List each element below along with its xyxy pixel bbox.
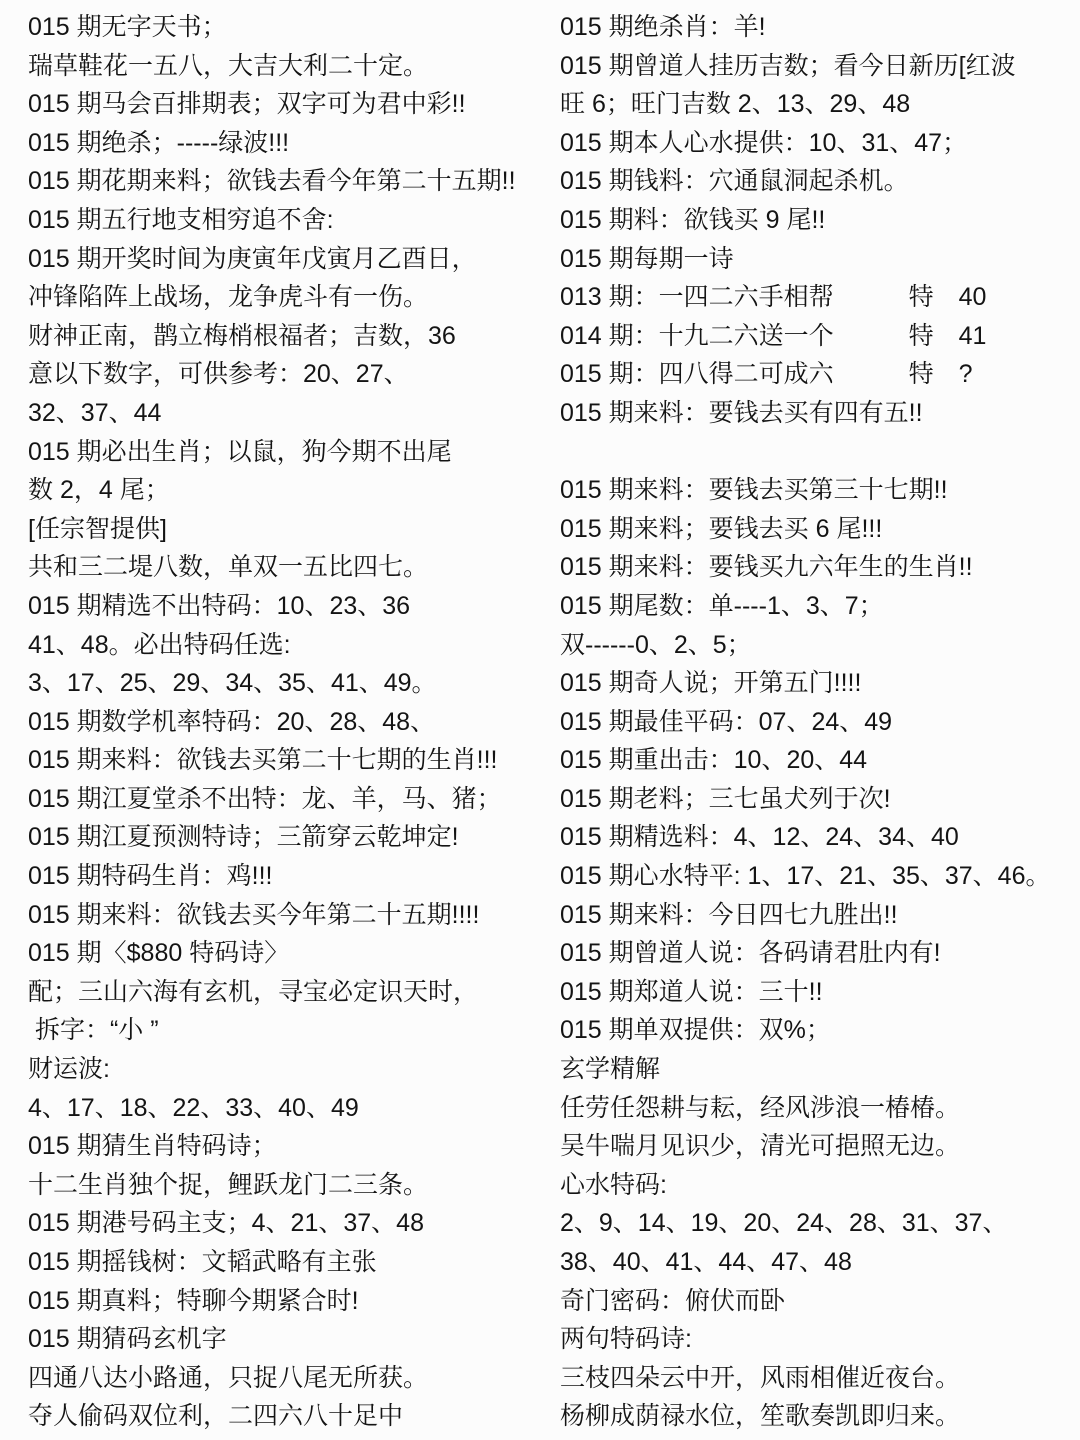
text-line: 41、48。必出特码任选: (28, 626, 544, 665)
text-line: 015 期摇钱树：文韬武略有主张 (28, 1243, 544, 1282)
text-line: 015 期数学机率特码：20、28、48、 (28, 703, 544, 742)
right-column: 015 期绝杀肖：羊!015 期曾道人挂历吉数；看今日新历[红波旺 6；旺门吉数… (560, 8, 1076, 1436)
text-line: 015 期本人心水提供：10、31、47； (560, 124, 1076, 163)
text-line: 015 期料：欲钱买 9 尾!! (560, 201, 1076, 240)
text-line: 冲锋陷阵上战场，龙争虎斗有一伤。 (28, 278, 544, 317)
text-line: 015 期特码生肖：鸡!!! (28, 857, 544, 896)
text-line: 奇门密码：俯伏而卧 (560, 1282, 1076, 1321)
text-line: 015 期曾道人挂历吉数；看今日新历[红波 (560, 47, 1076, 86)
text-line: 015 期老料；三七虽犬列于次! (560, 780, 1076, 819)
text-line: 015 期必出生肖；以鼠，狗今期不出尾 (28, 433, 544, 472)
text-line: 财运波: (28, 1050, 544, 1089)
text-line: 015 期〈$880 特码诗〉 (28, 934, 544, 973)
text-line: 015 期钱料：穴通鼠洞起杀机。 (560, 162, 1076, 201)
text-line: 015 期港号码主支；4、21、37、48 (28, 1204, 544, 1243)
text-line: 015 期绝杀；-----绿波!!! (28, 124, 544, 163)
text-line: 015 期猜码玄机字 (28, 1320, 544, 1359)
text-line: 015 期最佳平码：07、24、49 (560, 703, 1076, 742)
text-line: 拆字：“小 ” (28, 1011, 544, 1050)
text-line: 015 期来料；要钱去买 6 尾!!! (560, 510, 1076, 549)
text-line: 015 期精选不出特码：10、23、36 (28, 587, 544, 626)
text-line: 瑞草鞋花一五八，大吉大利二十定。 (28, 47, 544, 86)
text-line: 015 期绝杀肖：羊! (560, 8, 1076, 47)
tips-sheet-document: 015 期无字天书；瑞草鞋花一五八，大吉大利二十定。015 期马会百排期表；双字… (0, 0, 1080, 1440)
text-line: 十二生肖独个捉，鲤跃龙门二三条。 (28, 1166, 544, 1205)
text-line: 两句特码诗: (560, 1320, 1076, 1359)
text-line: 015 期来料：今日四七九胜出!! (560, 896, 1076, 935)
text-line: 015 期重出击：10、20、44 (560, 741, 1076, 780)
text-line: 015 期每期一诗 (560, 240, 1076, 279)
text-line: 四通八达小路通，只捉八尾无所获。 (28, 1359, 544, 1398)
text-line: 015 期：四八得二可成六 特 ? (560, 355, 1076, 394)
text-line: 015 期来料：要钱买九六年生的生肖!! (560, 548, 1076, 587)
text-line: 015 期来料：要钱去买有四有五!! (560, 394, 1076, 433)
text-line: 杨柳成荫禄水位，笙歌奏凯即归来。 (560, 1397, 1076, 1436)
text-line: [任宗智提供] (28, 510, 544, 549)
text-line: 意以下数字，可供参考：20、27、 (28, 355, 544, 394)
text-line: 015 期猜生肖特码诗； (28, 1127, 544, 1166)
text-line: 015 期五行地支相穷追不舍: (28, 201, 544, 240)
text-line: 心水特码: (560, 1166, 1076, 1205)
text-line: 4、17、18、22、33、40、49 (28, 1089, 544, 1128)
text-line: 013 期：一四二六手相帮 特 40 (560, 278, 1076, 317)
text-line: 38、40、41、44、47、48 (560, 1243, 1076, 1282)
text-line: 双------0、2、5； (560, 626, 1076, 665)
text-line: 3、17、25、29、34、35、41、49。 (28, 664, 544, 703)
text-line: 共和三二堤八数，单双一五比四七。 (28, 548, 544, 587)
text-line: 015 期曾道人说：各码请君肚内有! (560, 934, 1076, 973)
blank-line (560, 433, 1076, 472)
text-line: 015 期来料：欲钱去买第二十七期的生肖!!! (28, 741, 544, 780)
text-line: 015 期奇人说；开第五门!!!! (560, 664, 1076, 703)
text-line: 吴牛喘月见识少，清光可挹照无边。 (560, 1127, 1076, 1166)
text-line: 32、37、44 (28, 394, 544, 433)
text-line: 015 期江夏堂杀不出特：龙、羊，马、猪； (28, 780, 544, 819)
text-line: 014 期：十九二六送一个 特 41 (560, 317, 1076, 356)
text-line: 015 期单双提供：双%； (560, 1011, 1076, 1050)
text-line: 015 期开奖时间为庚寅年戊寅月乙酉日， (28, 240, 544, 279)
left-column: 015 期无字天书；瑞草鞋花一五八，大吉大利二十定。015 期马会百排期表；双字… (28, 8, 544, 1436)
text-line: 015 期江夏预测特诗；三箭穿云乾坤定! (28, 818, 544, 857)
text-line: 旺 6；旺门吉数 2、13、29、48 (560, 85, 1076, 124)
text-line: 任劳任怨耕与耘，经风涉浪一椿椿。 (560, 1089, 1076, 1128)
text-line: 015 期心水特平: 1、17、21、35、37、46。 (560, 857, 1076, 896)
text-line: 015 期尾数：单----1、3、7； (560, 587, 1076, 626)
text-line: 配；三山六海有玄机，寻宝必定识天时， (28, 973, 544, 1012)
text-line: 三枝四朵云中开，风雨相催近夜台。 (560, 1359, 1076, 1398)
text-line: 玄学精解 (560, 1050, 1076, 1089)
text-line: 015 期无字天书； (28, 8, 544, 47)
text-line: 015 期来料：要钱去买第三十七期!! (560, 471, 1076, 510)
text-line: 夺人偷码双位利，二四六八十足中 (28, 1397, 544, 1436)
text-line: 数 2，4 尾； (28, 471, 544, 510)
text-line: 015 期精选料：4、12、24、34、40 (560, 818, 1076, 857)
text-line: 015 期郑道人说：三十!! (560, 973, 1076, 1012)
text-line: 2、9、14、19、20、24、28、31、37、 (560, 1204, 1076, 1243)
text-line: 财神正南，鹊立梅梢根福者；吉数，36 (28, 317, 544, 356)
text-line: 015 期来料：欲钱去买今年第二十五期!!!! (28, 896, 544, 935)
text-line: 015 期花期来料；欲钱去看今年第二十五期!! (28, 162, 544, 201)
text-line: 015 期真料；特聊今期紧合时! (28, 1282, 544, 1321)
text-line: 015 期马会百排期表；双字可为君中彩!! (28, 85, 544, 124)
